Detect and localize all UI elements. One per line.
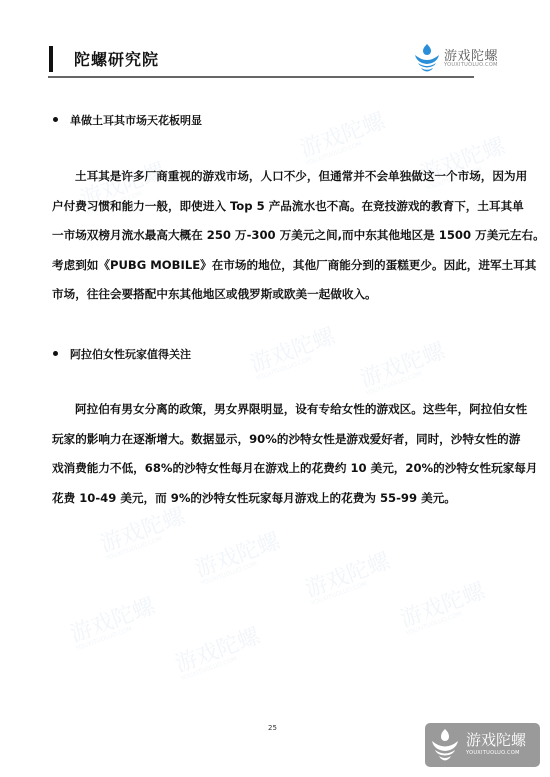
- corner-logo-text-en: YOUXITUOLUO.COM: [466, 750, 520, 756]
- corner-logo-text-cn: 游戏陀螺: [466, 729, 526, 750]
- bullet-point-icon: [53, 117, 58, 122]
- paragraph-line: 土耳其是许多厂商重视的游戏市场，人口不少，但通常并不会单独做这一个市场，因为用: [52, 162, 492, 192]
- watermark: 游戏陀螺YOUXITUOLUO.COM: [298, 111, 390, 167]
- paragraph-line: 阿拉伯有男女分离的政策，男女界限明显，设有专给女性的游戏区。这些年，阿拉伯女性: [52, 395, 492, 425]
- paragraph-line: 玩家的影响力在逐渐增大。数据显示，90%的沙特女性是游戏爱好者，同时，沙特女性的…: [52, 425, 492, 455]
- watermark: 游戏陀螺YOUXITUOLUO.COM: [173, 626, 265, 682]
- watermark: 游戏陀螺YOUXITUOLUO.COM: [98, 506, 190, 562]
- watermark: 游戏陀螺YOUXITUOLUO.COM: [398, 581, 490, 637]
- corner-brand-logo: 游戏陀螺 YOUXITUOLUO.COM: [425, 723, 540, 767]
- brand-logo: 游戏陀螺 YOUXITUOLUO.COM: [413, 41, 513, 75]
- gyroscope-logo-icon: [431, 728, 459, 762]
- paragraph-line: 市场，往往会要搭配中东其他地区或俄罗斯或欧美一起做收入。: [52, 280, 492, 310]
- gyroscope-logo-icon: [413, 43, 441, 73]
- watermark: 游戏陀螺YOUXITUOLUO.COM: [248, 326, 340, 382]
- section-paragraph: 阿拉伯有男女分离的政策，男女界限明显，设有专给女性的游戏区。这些年，阿拉伯女性 …: [52, 395, 492, 513]
- watermark: 游戏陀螺YOUXITUOLUO.COM: [68, 596, 160, 652]
- header-divider: [48, 76, 474, 78]
- section-paragraph: 土耳其是许多厂商重视的游戏市场，人口不少，但通常并不会单独做这一个市场，因为用 …: [52, 162, 492, 310]
- paragraph-line: 户付费习惯和能力一般，即使进入 Top 5 产品流水也不高。在竞技游戏的教育下，…: [52, 192, 492, 222]
- watermark: 游戏陀螺YOUXITUOLUO.COM: [193, 531, 285, 587]
- paragraph-line: 一市场双榜月流水最高大概在 250 万-300 万美元之间,而中东其他地区是 1…: [52, 221, 492, 251]
- header-accent-bar: [49, 46, 53, 72]
- page-header-title: 陀螺研究院: [74, 47, 159, 70]
- watermark: 游戏陀螺YOUXITUOLUO.COM: [303, 551, 395, 607]
- watermark: 游戏陀螺YOUXITUOLUO.COM: [358, 341, 450, 397]
- paragraph-line: 戏消费能力不低，68%的沙特女性每月在游戏上的花费约 10 美元，20%的沙特女…: [52, 454, 492, 484]
- logo-text-en: YOUXITUOLUO.COM: [444, 62, 498, 68]
- section-heading: 单做土耳其市场天花板明显: [70, 112, 202, 128]
- bullet-point-icon: [53, 351, 58, 356]
- paragraph-line: 花费 10-49 美元，而 9%的沙特女性玩家每月游戏上的花费为 55-99 美…: [52, 484, 492, 514]
- paragraph-line: 考虑到如《PUBG MOBILE》在市场的地位，其他厂商能分到的蛋糕更少。因此，…: [52, 251, 492, 281]
- page-number: 25: [268, 724, 277, 732]
- section-heading: 阿拉伯女性玩家值得关注: [70, 346, 191, 362]
